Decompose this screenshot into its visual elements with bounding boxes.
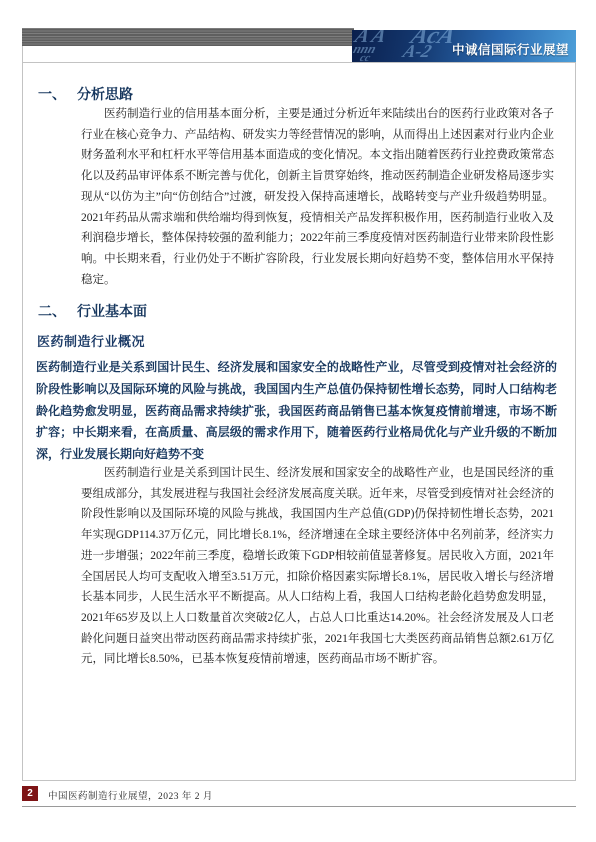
header-divider (22, 62, 576, 63)
header-brand-banner: A A AcA nnn A-2 cc 中诚信国际行业展望 (352, 30, 576, 62)
page-number-badge: 2 (22, 786, 38, 801)
header-stripe-bar (22, 28, 354, 46)
section-1-title: 分析思路 (77, 84, 133, 104)
footer-caption: 中国医药制造行业展望，2023 年 2 月 (48, 788, 213, 802)
content-frame-right-border (575, 62, 576, 780)
section-1-number: 一、 (38, 84, 77, 104)
footer-divider (22, 806, 576, 807)
section-1-heading: 一、 分析思路 (38, 84, 133, 104)
industry-overview-paragraph: 医药制造行业是关系到国计民生、经济发展和国家安全的战略性产业，也是国民经济的重要… (81, 463, 554, 670)
brand-title: 中诚信国际行业展望 (452, 40, 569, 58)
section-2-number: 二、 (38, 301, 77, 321)
content-frame-bottom-border (22, 780, 576, 781)
rating-letters-watermark: cc (358, 53, 371, 62)
rating-letters-watermark: A-2 (401, 42, 434, 60)
industry-overview-highlight: 医药制造行业是关系到国计民生、经济发展和国家安全的战略性产业，尽管受到疫情对社会… (36, 357, 557, 466)
content-frame-left-border (22, 46, 23, 780)
section-1-paragraph: 医药制造行业的信用基本面分析，主要是通过分析近年来陆续出台的医药行业政策对各子行… (81, 104, 554, 290)
section-2-title: 行业基本面 (77, 301, 147, 321)
report-page: A A AcA nnn A-2 cc 中诚信国际行业展望 一、 分析思路 医药制… (0, 0, 596, 842)
section-2-heading: 二、 行业基本面 (38, 301, 147, 321)
industry-overview-subheading: 医药制造行业概况 (37, 331, 145, 350)
